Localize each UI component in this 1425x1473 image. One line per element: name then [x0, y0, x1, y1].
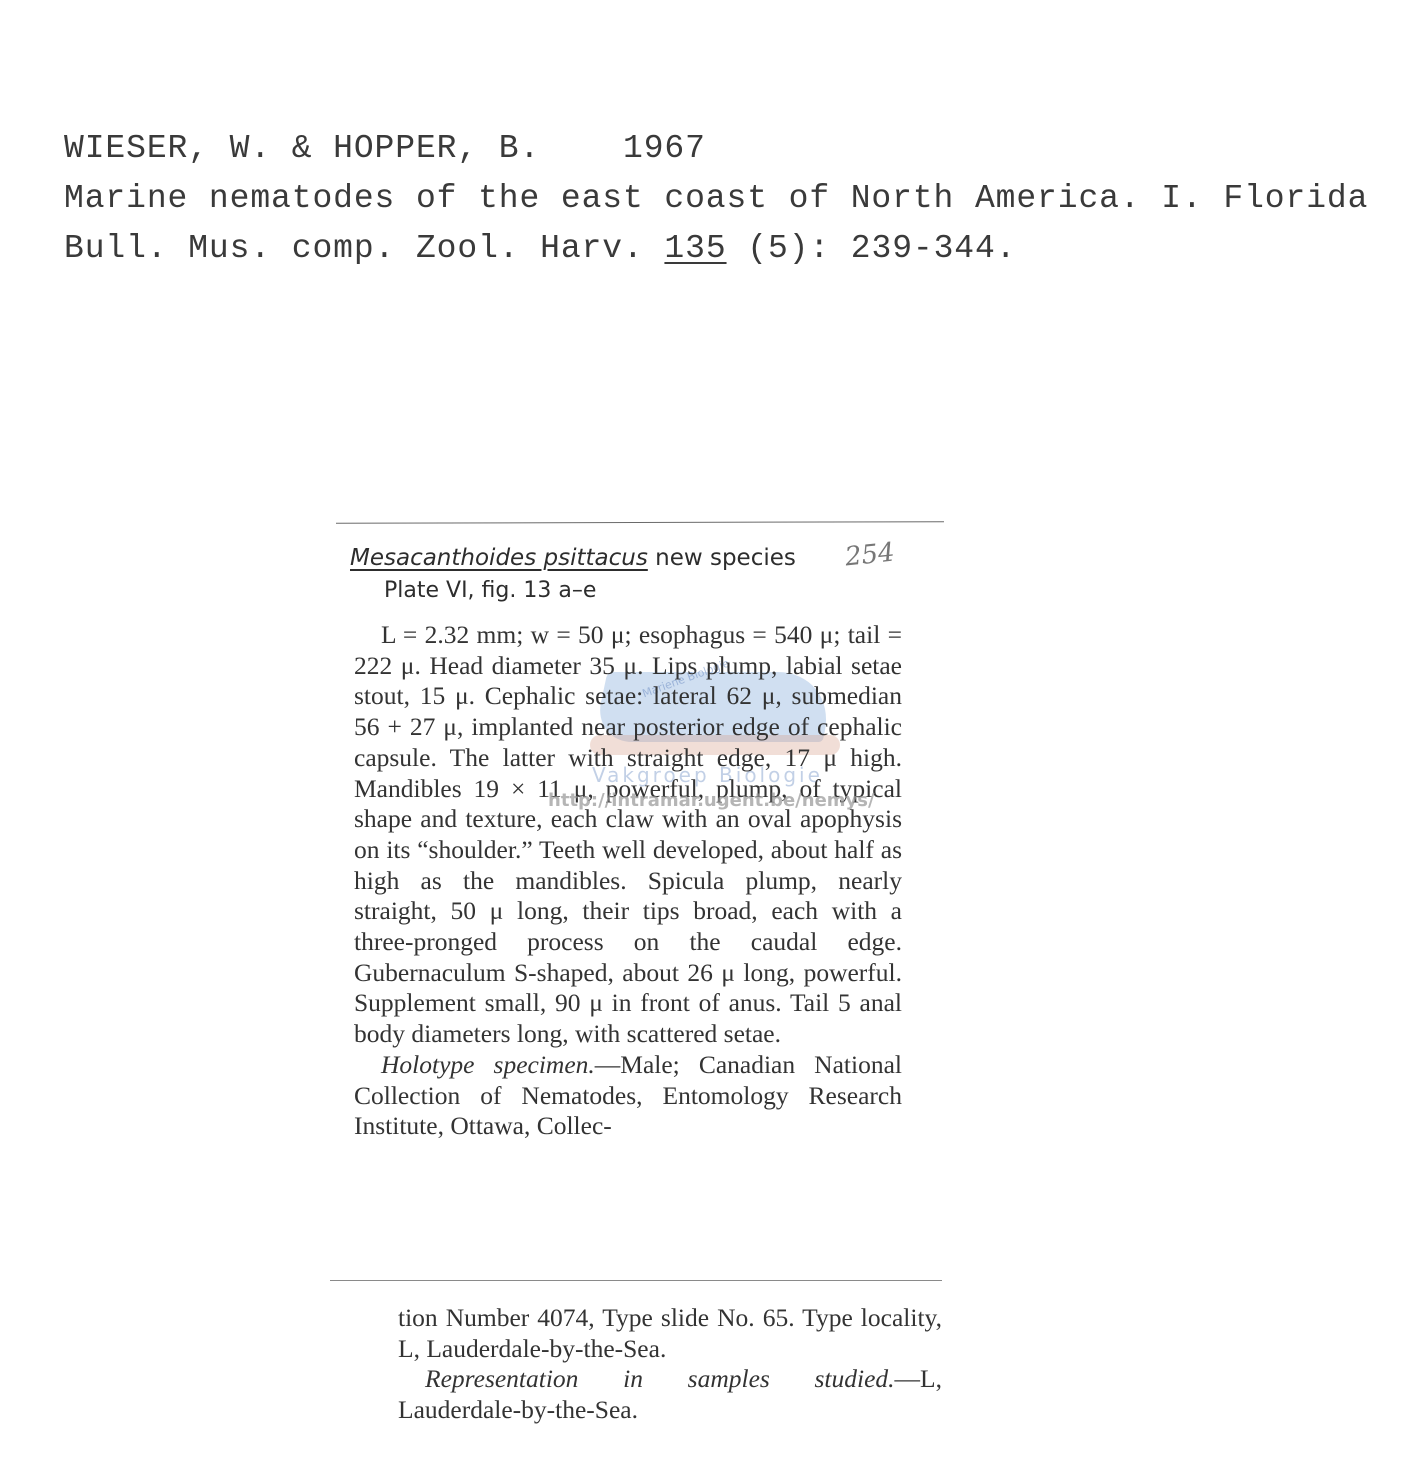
- species-heading: Mesacanthoides psittacus new species: [350, 545, 796, 571]
- reference-year: 1967: [623, 130, 706, 167]
- clipping-top-rule: [336, 521, 944, 524]
- holotype-label: Holotype specimen.: [381, 1050, 595, 1079]
- plate-reference: Plate VI, fig. 13 a–e: [384, 578, 596, 603]
- reference-issue-pages: (5): 239-344.: [747, 230, 1016, 267]
- description-paragraph: L = 2.32 mm; w = 50 μ; esophagus = 540 μ…: [354, 620, 902, 1050]
- representation-label: Representation in samples studied.: [425, 1364, 895, 1393]
- reference-volume: 135: [664, 230, 726, 267]
- holotype-paragraph: Holotype specimen.—Male; Canadian Nation…: [354, 1050, 902, 1142]
- reference-citation-line: Bull. Mus. comp. Zool. Harv. 135 (5): 23…: [64, 230, 1016, 267]
- continuation-paragraph: tion Number 4074, Type slide No. 65. Typ…: [398, 1303, 942, 1364]
- reference-authors: WIESER, W. & HOPPER, B.: [64, 130, 540, 167]
- reference-authors-line: WIESER, W. & HOPPER, B. 1967: [64, 130, 706, 167]
- species-description: L = 2.32 mm; w = 50 μ; esophagus = 540 μ…: [354, 620, 902, 1142]
- handwritten-number: 254: [844, 537, 897, 572]
- reference-title: Marine nematodes of the east coast of No…: [64, 180, 1368, 217]
- clipping-bottom-rule: [330, 1280, 942, 1281]
- representation-paragraph: Representation in samples studied.—L, La…: [398, 1364, 942, 1425]
- continuation-block: tion Number 4074, Type slide No. 65. Typ…: [398, 1303, 942, 1426]
- species-status: new species: [655, 545, 796, 571]
- species-name: Mesacanthoides psittacus: [350, 545, 648, 571]
- reference-journal: Bull. Mus. comp. Zool. Harv.: [64, 230, 644, 267]
